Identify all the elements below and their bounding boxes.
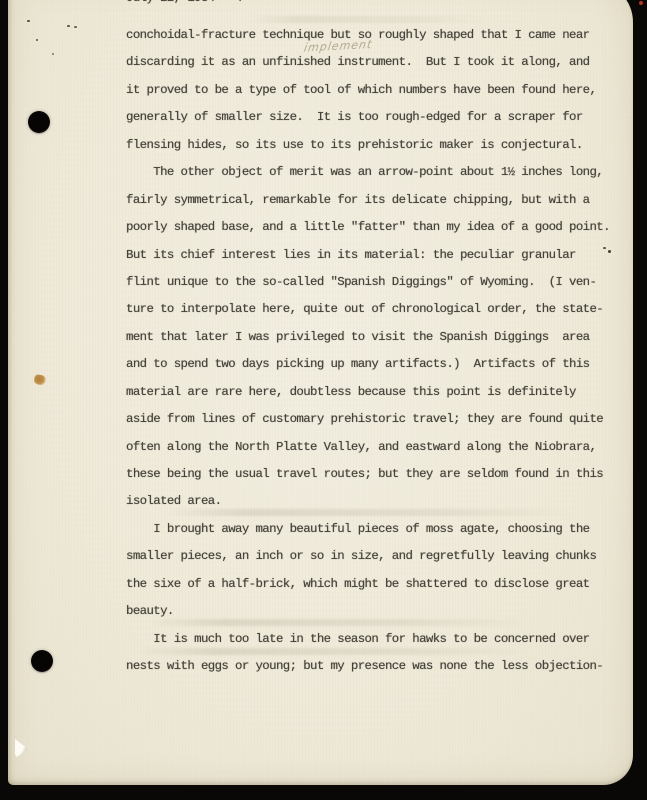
pencil-speck — [67, 25, 70, 27]
typed-line: discarding it as an unfinished instrumen… — [126, 49, 626, 76]
typed-line: smaller pieces, an inch or so in size, a… — [126, 543, 626, 570]
typed-line: and to spend two days picking up many ar… — [126, 351, 626, 378]
pencil-speck — [36, 39, 38, 41]
typed-line: the sixe of a half-brick, which might be… — [126, 571, 626, 598]
pencil-speck — [603, 247, 606, 249]
typed-line: flint unique to the so-called "Spanish D… — [126, 269, 626, 296]
typed-line: these being the usual travel routes; but… — [126, 461, 626, 488]
stain-mark — [33, 374, 48, 386]
typed-line: generally of smaller size. It is too rou… — [126, 104, 626, 131]
typed-line: it proved to be a type of tool of which … — [126, 77, 626, 104]
page-header-date: July 22, 1934 - 4 — [126, 0, 242, 7]
typed-line: But its chief interest lies in its mater… — [126, 242, 626, 269]
typed-line: poorly shaped base, and a little "fatter… — [126, 214, 626, 241]
typed-line: ture to interpolate here, quite out of c… — [126, 296, 626, 323]
typed-line: fairly symmetrical, remarkable for its d… — [126, 187, 626, 214]
pencil-speck — [74, 26, 77, 28]
typed-line: I brought away many beautiful pieces of … — [126, 516, 626, 543]
typed-line: often along the North Platte Valley, and… — [126, 434, 626, 461]
typed-line: aside from lines of customary prehistori… — [126, 406, 626, 433]
smudge-streak — [168, 509, 568, 516]
typed-line: flensing hides, so its use to its prehis… — [126, 132, 626, 159]
paper-tear — [15, 739, 28, 757]
scan-background: July 22, 1934 - 4 implement conchoidal-f… — [0, 0, 647, 800]
smudge-streak — [148, 619, 528, 626]
typed-line: ment that later I was privileged to visi… — [126, 324, 626, 351]
smudge-streak — [138, 648, 528, 655]
corner-speck — [639, 1, 643, 5]
typed-line: conchoidal-fracture technique but so rou… — [126, 22, 626, 49]
typed-line: The other object of merit was an arrow-p… — [126, 159, 626, 186]
paper-page: July 22, 1934 - 4 implement conchoidal-f… — [8, 0, 633, 785]
punch-hole-bottom — [31, 650, 53, 672]
pencil-speck — [52, 53, 54, 55]
pencil-speck — [608, 250, 611, 253]
typed-body: conchoidal-fracture technique but so rou… — [126, 22, 626, 681]
smudge-streak — [248, 16, 488, 23]
typed-line: nests with eggs or young; but my presenc… — [126, 653, 626, 680]
typed-line: material are rare here, doubtless becaus… — [126, 379, 626, 406]
pencil-speck — [27, 20, 30, 22]
punch-hole-top — [28, 111, 50, 133]
